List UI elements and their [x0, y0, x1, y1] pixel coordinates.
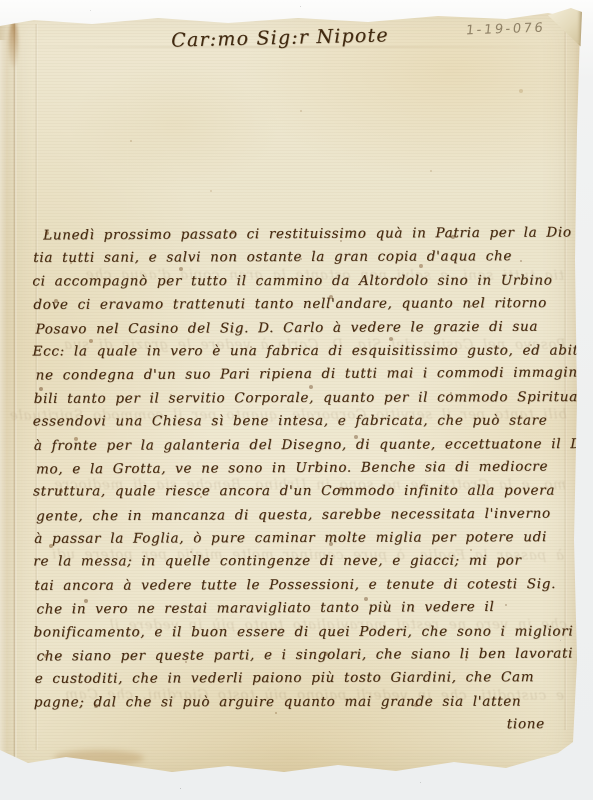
manuscript-line: struttura, quale riesce ancora d'un Comm…	[33, 480, 569, 504]
manuscript-line: bili tanto per il servitio Corporale, qu…	[34, 386, 570, 411]
letter-body: Lunedì prossimo passato ci restituissimo…	[33, 222, 571, 738]
manuscript-line: à passar la Foglia, ò pure caminar molte…	[34, 526, 570, 551]
manuscript-line: che siano per queste parti, e i singolar…	[37, 643, 573, 669]
archival-number: 1-19-076	[465, 21, 546, 39]
scanner-dust	[0, 0, 1, 1]
manuscript-line: Posavo nel Casino del Sig. D. Carlo à ve…	[35, 315, 571, 341]
manuscript-line: essendovi una Chiesa sì bene intesa, e f…	[33, 410, 569, 434]
catchword: tione	[35, 713, 571, 738]
manuscript-line: bonificamento, e il buon essere di quei …	[34, 620, 570, 644]
manuscript-line: à fronte per la galanteria del Disegno, …	[34, 433, 570, 458]
manuscript-line: Lunedì prossimo passato ci restituissimo…	[35, 221, 571, 247]
manuscript-line: tia tutti sani, e salvi non ostante la g…	[33, 245, 569, 270]
manuscript-line: e custoditi, che in vederli paiono più t…	[35, 666, 571, 691]
manuscript-line: tai ancora à vedere tutte le Possessioni…	[34, 573, 570, 598]
scanned-letter: tia tutti sani, e salvi non ostante la g…	[0, 0, 593, 800]
manuscript-line: ci accompagnò per tutto il cammino da Al…	[32, 269, 568, 293]
fold-crease	[13, 22, 17, 758]
manuscript-line: pagne; dal che si può arguire quanto mai…	[34, 690, 570, 714]
letter-page: tia tutti sani, e salvi non ostante la g…	[0, 0, 581, 780]
manuscript-line: Ecc: la quale in vero è una fabrica di e…	[33, 339, 569, 363]
manuscript-line: gente, che in mancanza di questa, sarebb…	[36, 502, 572, 528]
left-page-edge	[0, 40, 7, 760]
manuscript-line: che in vero ne restai maravigliato tanto…	[36, 596, 572, 622]
manuscript-line: mo, e la Grotta, ve ne sono in Urbino. B…	[36, 455, 572, 481]
manuscript-line: re la messa; in quelle contingenze di ne…	[33, 550, 569, 574]
foxing-stain	[54, 750, 144, 766]
manuscript-line: dove ci eravamo trattenuti tanto nell'an…	[33, 292, 569, 317]
manuscript-line: ne condegna d'un suo Pari ripiena di tut…	[36, 362, 572, 388]
